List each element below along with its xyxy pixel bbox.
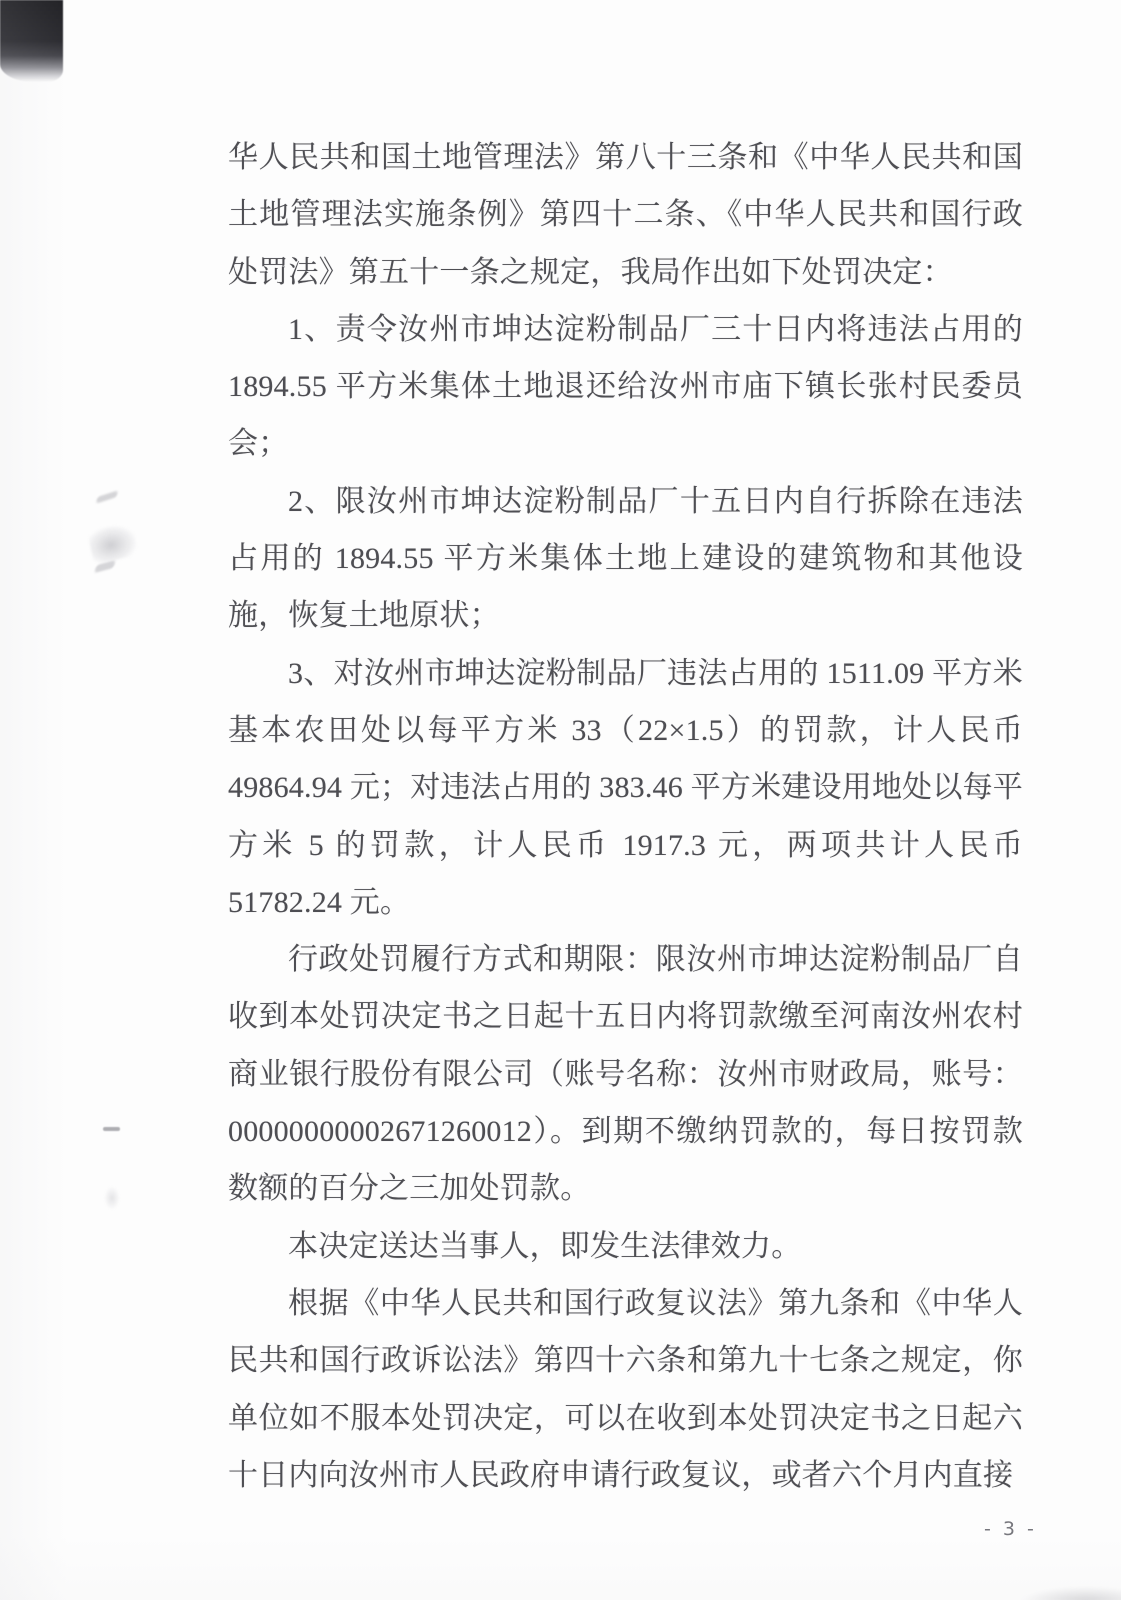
- document-body: 华人民共和国土地管理法》第八十三条和《中华人民共和国土地管理法实施条例》第四十二…: [228, 129, 1023, 1504]
- scan-artifact-smudge: [87, 522, 139, 565]
- paragraph-penalty-item-3: 3、对汝州市坤达淀粉制品厂违法占用的 1511.09 平方米基本农田处以每平方米…: [228, 645, 1023, 931]
- scan-artifact-smudge: [1020, 1586, 1121, 1600]
- paragraph-penalty-item-1: 1、责令汝州市坤达淀粉制品厂三十日内将违法占用的 1894.55 平方米集体土地…: [228, 301, 1023, 473]
- paragraph-payment-terms: 行政处罚履行方式和期限：限汝州市坤达淀粉制品厂自收到本处罚决定书之日起十五日内将…: [228, 931, 1023, 1217]
- scan-artifact-dash: [103, 1127, 120, 1131]
- paragraph-penalty-item-2: 2、限汝州市坤达淀粉制品厂十五日内自行拆除在违法占用的 1894.55 平方米集…: [228, 473, 1023, 645]
- scan-artifact-smudge: [96, 490, 118, 503]
- scan-artifact-corner-blob: [0, 0, 63, 82]
- paragraph-intro-continuation: 华人民共和国土地管理法》第八十三条和《中华人民共和国土地管理法实施条例》第四十二…: [228, 129, 1023, 301]
- page-number: - 3 -: [984, 1518, 1037, 1540]
- scan-artifact-smudge: [94, 560, 115, 573]
- paragraph-appeal-rights: 根据《中华人民共和国行政复议法》第九条和《中华人民共和国行政诉讼法》第四十六条和…: [228, 1275, 1023, 1504]
- scanned-document-page: 华人民共和国土地管理法》第八十三条和《中华人民共和国土地管理法实施条例》第四十二…: [0, 0, 1121, 1600]
- paragraph-legal-effect: 本决定送达当事人，即发生法律效力。: [228, 1218, 1023, 1275]
- scan-artifact-smudge: [104, 1186, 120, 1210]
